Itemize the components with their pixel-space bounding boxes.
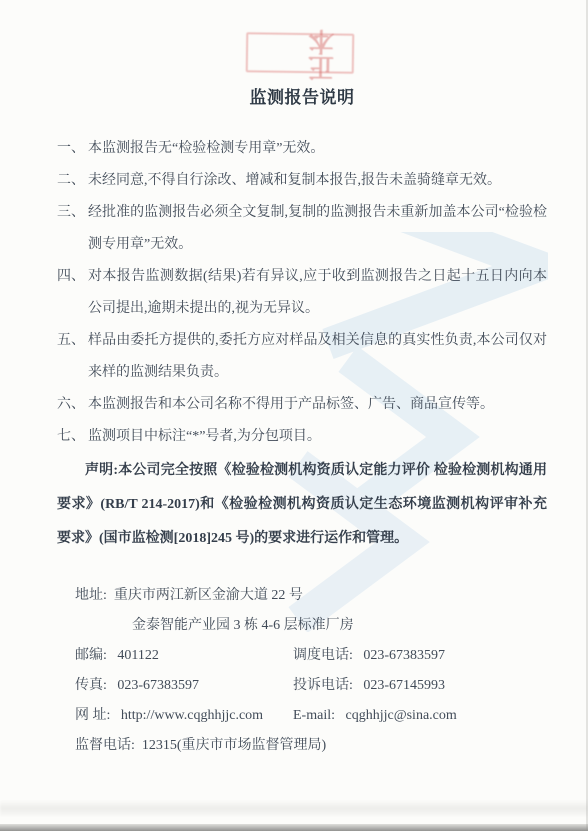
item-marker: 七、 xyxy=(57,421,88,453)
address-label: 地址: xyxy=(75,581,107,611)
item-text: 本监测报告无“检验检测专用章”无效。 xyxy=(88,133,547,165)
email-label: E-mail: xyxy=(293,708,335,723)
list-item: 五、 样品由委托方提供的,委托方应对样品及相关信息的真实性负责,本公司仅对来样的… xyxy=(57,325,547,389)
address-line1: 重庆市两江新区金渝大道 22 号 xyxy=(114,581,303,611)
email-cell: E-mail: cqghhjjc@sina.com xyxy=(293,701,457,731)
item-text: 未经同意,不得自行涂改、增减和复制本报告,报告未盖骑缝章无效。 xyxy=(88,165,547,197)
contact-row-web-email: 网 址: http://www.cqghhjjc.com E-mail: cqg… xyxy=(75,701,547,731)
notes-list: 一、 本监测报告无“检验检测专用章”无效。 二、 未经同意,不得自行涂改、增减和… xyxy=(57,133,547,453)
original-copy-stamp: 正本 xyxy=(246,32,355,74)
list-item: 三、 经批准的监测报告必须全文复制,复制的监测报告未重新加盖本公司“检验检测专用… xyxy=(57,197,547,261)
contact-row-address: 地址: 重庆市两江新区金渝大道 22 号 xyxy=(75,581,547,611)
supervision-phone-label: 监督电话: xyxy=(75,731,135,761)
scan-smudge-band xyxy=(0,800,588,816)
item-text: 经批准的监测报告必须全文复制,复制的监测报告未重新加盖本公司“检验检测专用章”无… xyxy=(88,197,547,261)
postcode-label: 邮编: xyxy=(75,648,107,663)
list-item: 六、 本监测报告和本公司名称不得用于产品标签、广告、商品宣传等。 xyxy=(57,389,547,421)
postcode-cell: 邮编: 401122 xyxy=(75,641,293,671)
item-marker: 一、 xyxy=(57,133,88,165)
page-title: 监测报告说明 xyxy=(57,86,547,110)
postcode-value: 401122 xyxy=(117,648,158,663)
complaint-cell: 投诉电话: 023-67145993 xyxy=(293,671,445,701)
stamp-text: 正本 xyxy=(248,26,335,79)
contact-row-address2: 金泰智能产业园 3 栋 4-6 层标准厂房 xyxy=(75,611,547,641)
item-marker: 六、 xyxy=(57,389,88,421)
fax-cell: 传真: 023-67383597 xyxy=(75,671,293,701)
website-label: 网 址: xyxy=(75,708,110,723)
list-item: 四、 对本报告监测数据(结果)若有异议,应于收到监测报告之日起十五日内向本公司提… xyxy=(57,261,547,325)
contact-row-supervision: 监督电话: 12315(重庆市市场监督管理局) xyxy=(75,731,547,761)
scanned-report-page: 正本 监测报告说明 一、 本监测报告无“检验检测专用章”无效。 二、 未经同意,… xyxy=(0,0,588,831)
list-item: 一、 本监测报告无“检验检测专用章”无效。 xyxy=(57,133,547,165)
item-marker: 四、 xyxy=(57,261,88,325)
dispatch-phone-value: 023-67383597 xyxy=(363,648,445,663)
scan-bottom-edge xyxy=(0,824,588,831)
item-marker: 五、 xyxy=(57,325,88,389)
fax-label: 传真: xyxy=(75,678,107,693)
item-marker: 三、 xyxy=(57,197,88,261)
item-marker: 二、 xyxy=(57,165,88,197)
website-cell: 网 址: http://www.cqghhjjc.com xyxy=(75,701,293,731)
list-item: 七、 监测项目中标注“*”号者,为分包项目。 xyxy=(57,421,547,453)
contact-block: 地址: 重庆市两江新区金渝大道 22 号 金泰智能产业园 3 栋 4-6 层标准… xyxy=(75,581,547,761)
item-text: 样品由委托方提供的,委托方应对样品及相关信息的真实性负责,本公司仅对来样的监测结… xyxy=(88,325,547,389)
address-line2: 金泰智能产业园 3 栋 4-6 层标准厂房 xyxy=(132,611,354,641)
complaint-phone-label: 投诉电话: xyxy=(293,678,353,693)
item-text: 本监测报告和本公司名称不得用于产品标签、广告、商品宣传等。 xyxy=(88,389,547,421)
contact-row-fax-complaint: 传真: 023-67383597 投诉电话: 023-67145993 xyxy=(75,671,547,701)
list-item: 二、 未经同意,不得自行涂改、增减和复制本报告,报告未盖骑缝章无效。 xyxy=(57,165,547,197)
document-content: 监测报告说明 一、 本监测报告无“检验检测专用章”无效。 二、 未经同意,不得自… xyxy=(0,0,588,761)
contact-row-postcode-dispatch: 邮编: 401122 调度电话: 023-67383597 xyxy=(75,641,547,671)
item-text: 对本报告监测数据(结果)若有异议,应于收到监测报告之日起十五日内向本公司提出,逾… xyxy=(88,261,547,325)
item-text: 监测项目中标注“*”号者,为分包项目。 xyxy=(88,421,547,453)
email-value: cqghhjjc@sina.com xyxy=(346,708,457,723)
fax-value: 023-67383597 xyxy=(117,678,199,693)
dispatch-cell: 调度电话: 023-67383597 xyxy=(293,641,445,671)
website-value: http://www.cqghhjjc.com xyxy=(121,708,263,723)
dispatch-phone-label: 调度电话: xyxy=(293,648,353,663)
supervision-phone-value: 12315(重庆市市场监督管理局) xyxy=(142,731,326,761)
declaration: 声明:本公司完全按照《检验检测机构资质认定能力评价 检验检测机构通用要求》(RB… xyxy=(57,454,547,556)
complaint-phone-value: 023-67145993 xyxy=(363,678,445,693)
